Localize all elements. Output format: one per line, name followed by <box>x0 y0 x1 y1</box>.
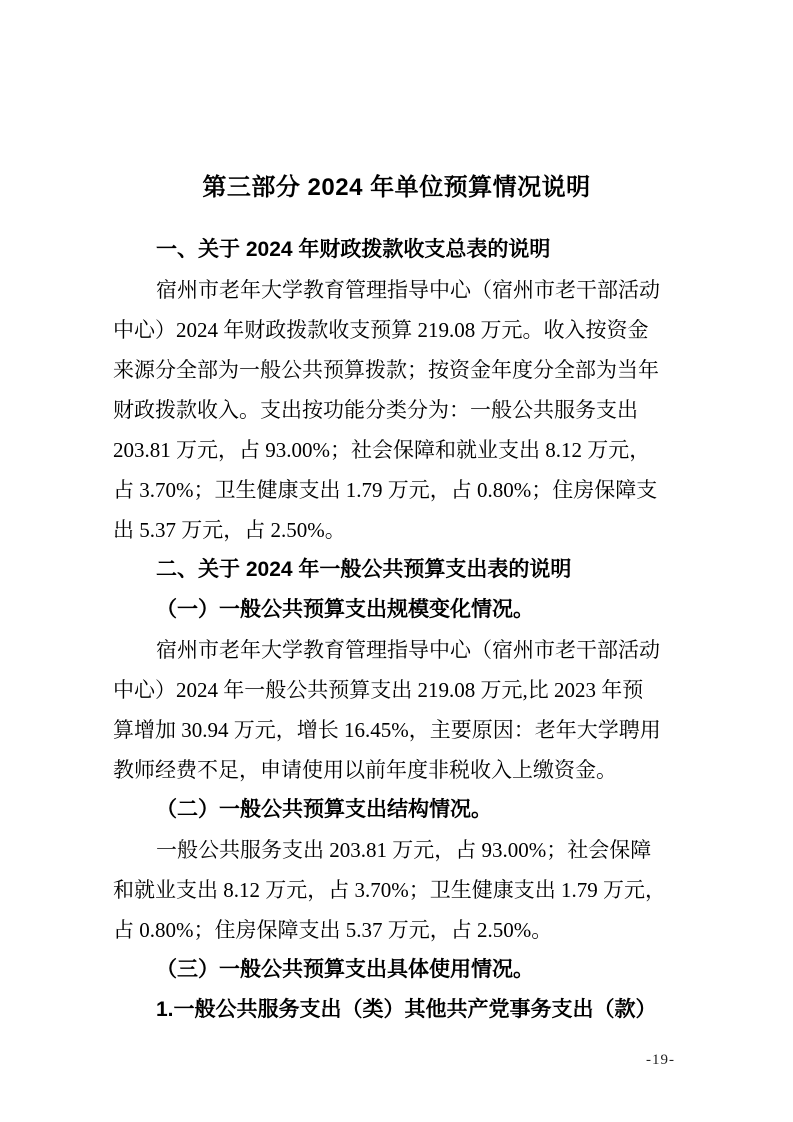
section-2-3-heading: （三）一般公共预算支出具体使用情况。 <box>113 950 675 990</box>
para-3-line-3: 占 0.80%；住房保障支出 5.37 万元，占 2.50%。 <box>113 910 675 950</box>
para-3-line-2: 和就业支出 8.12 万元，占 3.70%；卫生健康支出 1.79 万元， <box>113 870 675 910</box>
document-page: 第三部分 2024 年单位预算情况说明 一、关于 2024 年财政拨款收支总表的… <box>0 0 793 1122</box>
para-1-line-3: 来源分全部为一般公共预算拨款；按资金年度分全部为当年 <box>113 350 675 390</box>
para-1-line-4: 财政拨款收入。支出按功能分类分为：一般公共服务支出 <box>113 390 675 430</box>
section-1-heading: 一、关于 2024 年财政拨款收支总表的说明 <box>113 230 675 270</box>
section-2-1-heading: （一）一般公共预算支出规模变化情况。 <box>113 590 675 630</box>
document-body: 一、关于 2024 年财政拨款收支总表的说明 宿州市老年大学教育管理指导中心（宿… <box>0 230 793 1030</box>
para-1-line-7: 出 5.37 万元，占 2.50%。 <box>113 510 675 550</box>
item-1-heading: 1.一般公共服务支出（类）其他共产党事务支出（款） <box>113 990 675 1030</box>
para-2-line-3: 算增加 30.94 万元，增长 16.45%，主要原因：老年大学聘用 <box>113 710 675 750</box>
para-1-line-6: 占 3.70%；卫生健康支出 1.79 万元，占 0.80%；住房保障支 <box>113 470 675 510</box>
document-title: 第三部分 2024 年单位预算情况说明 <box>0 170 793 206</box>
para-1-line-2: 中心）2024 年财政拨款收支预算 219.08 万元。收入按资金 <box>113 310 675 350</box>
page-number: -19- <box>646 1050 675 1070</box>
para-2-line-4: 教师经费不足，申请使用以前年度非税收入上缴资金。 <box>113 750 675 790</box>
section-2-heading: 二、关于 2024 年一般公共预算支出表的说明 <box>113 550 675 590</box>
para-3-line-1: 一般公共服务支出 203.81 万元，占 93.00%；社会保障 <box>113 830 675 870</box>
para-1-line-5: 203.81 万元，占 93.00%；社会保障和就业支出 8.12 万元， <box>113 430 675 470</box>
para-2-line-2: 中心）2024 年一般公共预算支出 219.08 万元,比 2023 年预 <box>113 670 675 710</box>
section-2-2-heading: （二）一般公共预算支出结构情况。 <box>113 790 675 830</box>
para-2-line-1: 宿州市老年大学教育管理指导中心（宿州市老干部活动 <box>113 630 675 670</box>
para-1-line-1: 宿州市老年大学教育管理指导中心（宿州市老干部活动 <box>113 270 675 310</box>
